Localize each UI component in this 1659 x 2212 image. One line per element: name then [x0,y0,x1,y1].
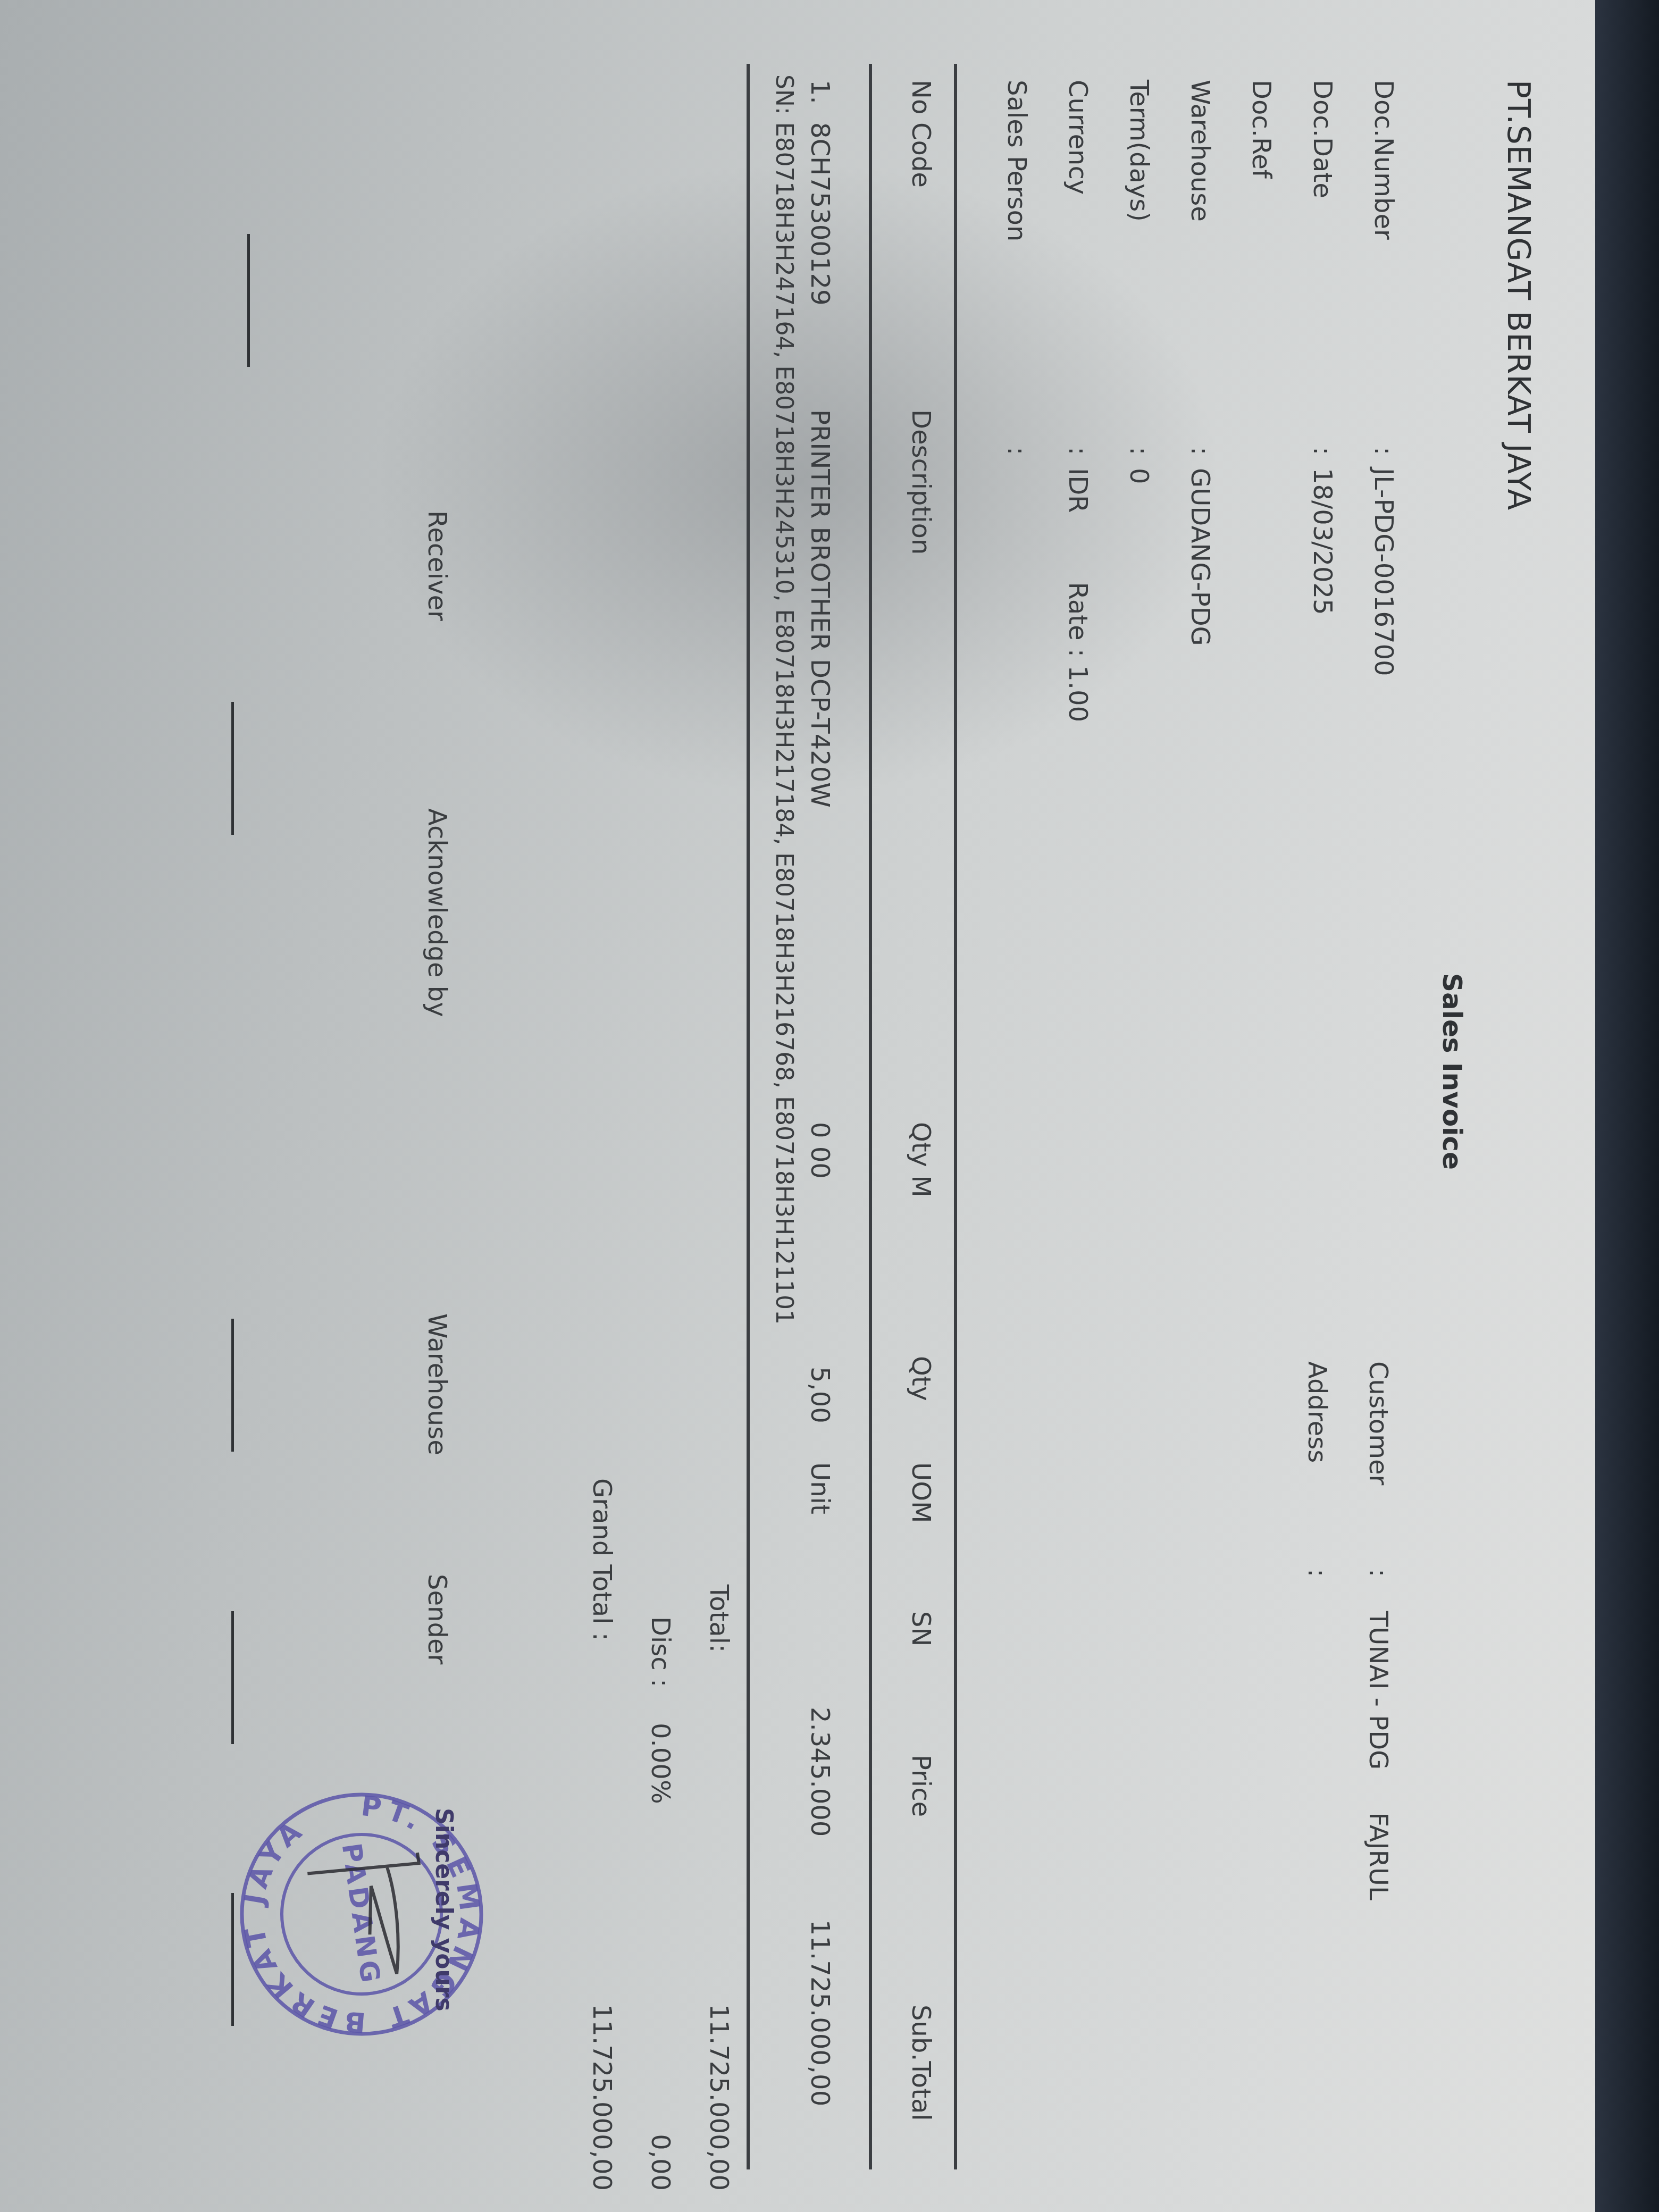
field-value: TUNAI - PDG [1363,1611,1393,1770]
field-colon: : [1369,447,1398,468]
col-no: No [906,80,936,114]
field-colon: : [1124,447,1154,468]
field-label: Warehouse [1185,80,1215,447]
field-term-days: Term(days) : 0 [1093,80,1154,722]
table-header-rule [869,64,872,2169]
field-doc-date: Doc.Date : 18/03/2025 [1276,80,1337,722]
company-stamp-icon: PT. SEMANGAT BERKAT JAYA PADANG [217,1770,506,2058]
field-currency: Currency : IDR Rate : 1.00 [1032,80,1093,722]
signature-line-receiver [247,234,250,367]
table-bottom-rule [747,64,750,2169]
sales-invoice-document: PT.SEMANGAT BERKAT JAYA Sales Invoice Do… [0,0,1595,2212]
field-value: GUDANG-PDG [1185,468,1215,646]
field-value: JL-PDG-0016700 [1369,468,1398,676]
cell-no: 1. [805,80,835,104]
sender-label: Sender [422,1574,452,1664]
discount-percent: 0.00% [646,1723,675,1804]
col-code: Code [906,122,936,188]
col-qty-m: Qty M [906,1122,936,1197]
field-doc-number: Doc.Number : JL-PDG-0016700 [1337,80,1398,722]
customer-name: FAJRUL [1363,1812,1393,1900]
grand-total-row: Grand Total : 11.725.000,00 [558,1542,617,2191]
field-colon: : [1308,447,1337,468]
signature-line-warehouse [231,1319,234,1452]
sincerely-yours: Sincerely yours [430,1808,457,2012]
cell-qty: 5,00 [805,1367,835,1423]
field-label: Sales Person [1002,80,1032,447]
signature-line-sender [231,1611,234,1744]
header-right: Customer : TUNAI - PDG FAJRUL Address : [1271,1361,1393,1900]
discount-value: 0,00 [646,2134,675,2191]
field-label: Currency [1063,80,1093,447]
cell-qty-m: 0 00 [805,1122,835,1179]
field-value: IDR [1063,468,1093,513]
grand-total-label: Grand Total : [587,1478,617,1641]
field-label: Doc.Number [1369,80,1398,447]
cell-subtotal: 11.725.000,00 [805,1920,835,2106]
col-subtotal: Sub.Total [906,2005,936,2121]
field-colon: : [1363,1569,1393,1611]
field-sales-person: Sales Person : [970,80,1032,722]
field-colon: : [1063,447,1093,468]
field-colon: : [1185,447,1215,468]
field-address: Address : [1271,1361,1332,1900]
header-left: Doc.Number : JL-PDG-0016700 Doc.Date : 1… [970,80,1398,722]
desk-background [1595,0,1659,2212]
warehouse-label: Warehouse [422,1313,452,1455]
field-label: Customer [1363,1361,1393,1569]
col-sn: SN [906,1611,936,1646]
field-label: Term(days) [1124,80,1154,447]
col-description: Description [906,409,936,555]
field-doc-ref: Doc.Ref [1215,80,1276,722]
discount-label: Disc : [646,1616,675,1687]
field-warehouse: Warehouse : GUDANG-PDG [1154,80,1215,722]
total-value: 11.725.000,00 [704,2004,734,2191]
field-label: Address [1302,1361,1332,1569]
cell-uom: Unit [805,1462,835,1514]
col-price: Price [906,1755,936,1817]
receiver-label: Receiver [422,510,452,621]
cell-code: 8CH75300129 [805,122,835,305]
totals-block: Total: 11.725.000,00 Disc : 0.00% 0,00 G… [558,1542,734,2191]
field-label: Doc.Ref [1246,80,1276,447]
cell-description: PRINTER BROTHER DCP-T420W [805,409,835,808]
field-value: 0 [1124,468,1154,484]
acknowledge-label: Acknowledge by [422,808,452,1017]
document-title: Sales Invoice [1437,973,1468,1170]
total-row: Total: 11.725.000,00 [675,1542,734,2191]
field-value: 18/03/2025 [1308,468,1337,615]
total-label: Total: [704,1585,734,1653]
table-top-rule [954,64,957,2169]
field-customer: Customer : TUNAI - PDG FAJRUL [1332,1361,1393,1900]
field-label: Doc.Date [1308,80,1337,447]
company-name: PT.SEMANGAT BERKAT JAYA [1501,80,1537,510]
col-qty: Qty [906,1356,936,1401]
signature-line-acknowledge [231,702,234,835]
field-colon: : [1002,447,1032,468]
exchange-rate: Rate : 1.00 [1063,582,1093,722]
cell-price: 2.345.000 [805,1707,835,1837]
field-colon: : [1302,1569,1332,1611]
grand-total-value: 11.725.000,00 [587,2004,617,2191]
invoice-paper: PT.SEMANGAT BERKAT JAYA Sales Invoice Do… [0,0,1595,2212]
discount-row: Disc : 0.00% 0,00 [617,1542,675,2191]
col-uom: UOM [906,1462,936,1523]
serial-numbers: SN: E80718H3H247164, E80718H3H245310, E8… [770,74,798,1325]
